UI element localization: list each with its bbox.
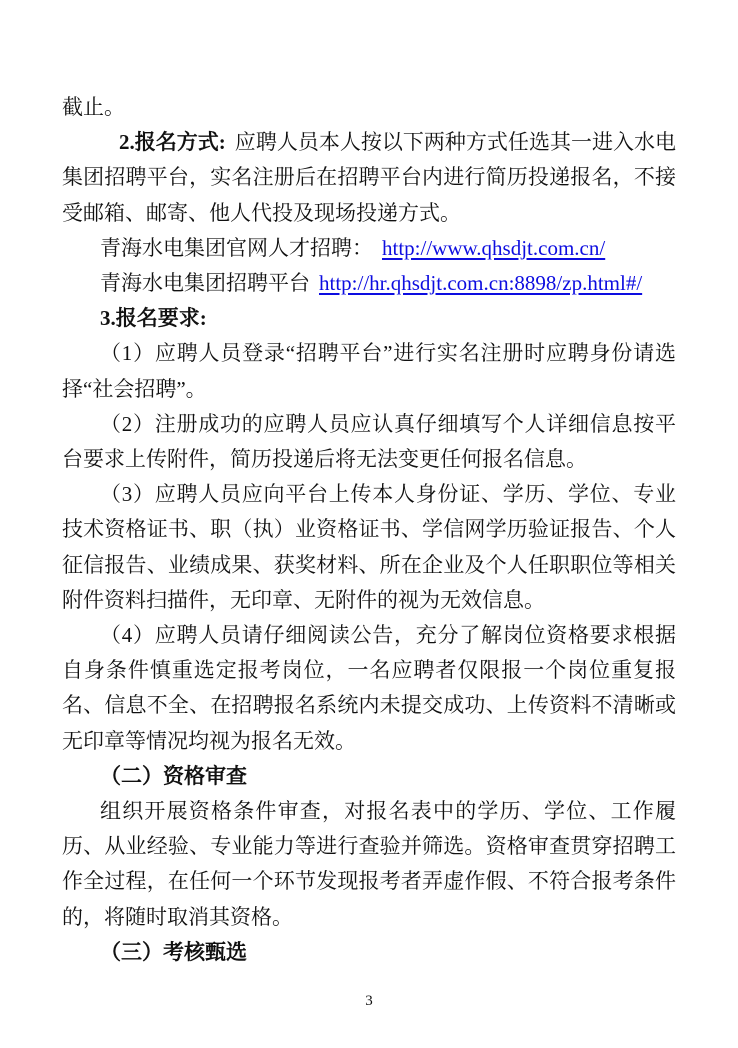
requirement-1-text: （1）应聘人员登录“招聘平台”进行实名注册时应聘身份请选择“社会招聘”。 — [62, 341, 676, 400]
paragraph-heading-qualification-review: （二）资格审查 — [62, 759, 676, 794]
assessment-selection-heading: （三）考核甄选 — [100, 940, 247, 964]
recruit-platform-link[interactable]: http://hr.qhsdjt.com.cn:8898/zp.html#/ — [319, 271, 642, 295]
paragraph-recruit-platform-link: 青海水电集团招聘平台http://hr.qhsdjt.com.cn:8898/z… — [62, 266, 676, 301]
qualification-review-heading: （二）资格审查 — [100, 764, 247, 788]
paragraph-qualification-review-body: 组织开展资格条件审查，对报名表中的学历、学位、工作履历、从业经验、专业能力等进行… — [62, 794, 676, 935]
section2-label: 2.报名方式: — [119, 130, 226, 154]
requirement-2-text: （2）注册成功的应聘人员应认真仔细填写个人详细信息按平台要求上传附件，简历投递后… — [62, 412, 676, 471]
recruit-platform-label: 青海水电集团招聘平台 — [100, 271, 310, 295]
document-body: 截止。 2.报名方式:应聘人员本人按以下两种方式任选其一进入水电集团招聘平台，实… — [62, 90, 676, 970]
paragraph-requirement-3: （3）应聘人员应向平台上传本人身份证、学历、学位、专业技术资格证书、职（执）业资… — [62, 477, 676, 618]
page-number: 3 — [0, 992, 738, 1010]
qualification-review-text: 组织开展资格条件审查，对报名表中的学历、学位、工作履历、从业经验、专业能力等进行… — [62, 799, 676, 929]
official-site-link[interactable]: http://www.qhsdjt.com.cn/ — [382, 236, 605, 260]
paragraph-heading-assessment-selection: （三）考核甄选 — [62, 935, 676, 970]
paragraph-continuation: 截止。 — [62, 90, 676, 125]
requirement-3-text: （3）应聘人员应向平台上传本人身份证、学历、学位、专业技术资格证书、职（执）业资… — [62, 482, 676, 612]
requirement-4-text: （4）应聘人员请仔细阅读公告，充分了解岗位资格要求根据自身条件慎重选定报考岗位，… — [62, 623, 676, 753]
continuation-text: 截止。 — [62, 95, 125, 119]
paragraph-requirement-4: （4）应聘人员请仔细阅读公告，充分了解岗位资格要求根据自身条件慎重选定报考岗位，… — [62, 618, 676, 759]
official-site-label: 青海水电集团官网人才招聘： — [100, 236, 373, 260]
paragraph-official-site-link: 青海水电集团官网人才招聘：http://www.qhsdjt.com.cn/ — [62, 231, 676, 266]
paragraph-section3-heading: 3.报名要求: — [62, 301, 676, 336]
paragraph-requirement-1: （1）应聘人员登录“招聘平台”进行实名注册时应聘身份请选择“社会招聘”。 — [62, 336, 676, 406]
document-page: 截止。 2.报名方式:应聘人员本人按以下两种方式任选其一进入水电集团招聘平台，实… — [0, 0, 738, 1048]
paragraph-section2-registration-method: 2.报名方式:应聘人员本人按以下两种方式任选其一进入水电集团招聘平台，实名注册后… — [62, 125, 676, 231]
paragraph-requirement-2: （2）注册成功的应聘人员应认真仔细填写个人详细信息按平台要求上传附件，简历投递后… — [62, 407, 676, 477]
section3-label: 3.报名要求: — [100, 306, 207, 330]
